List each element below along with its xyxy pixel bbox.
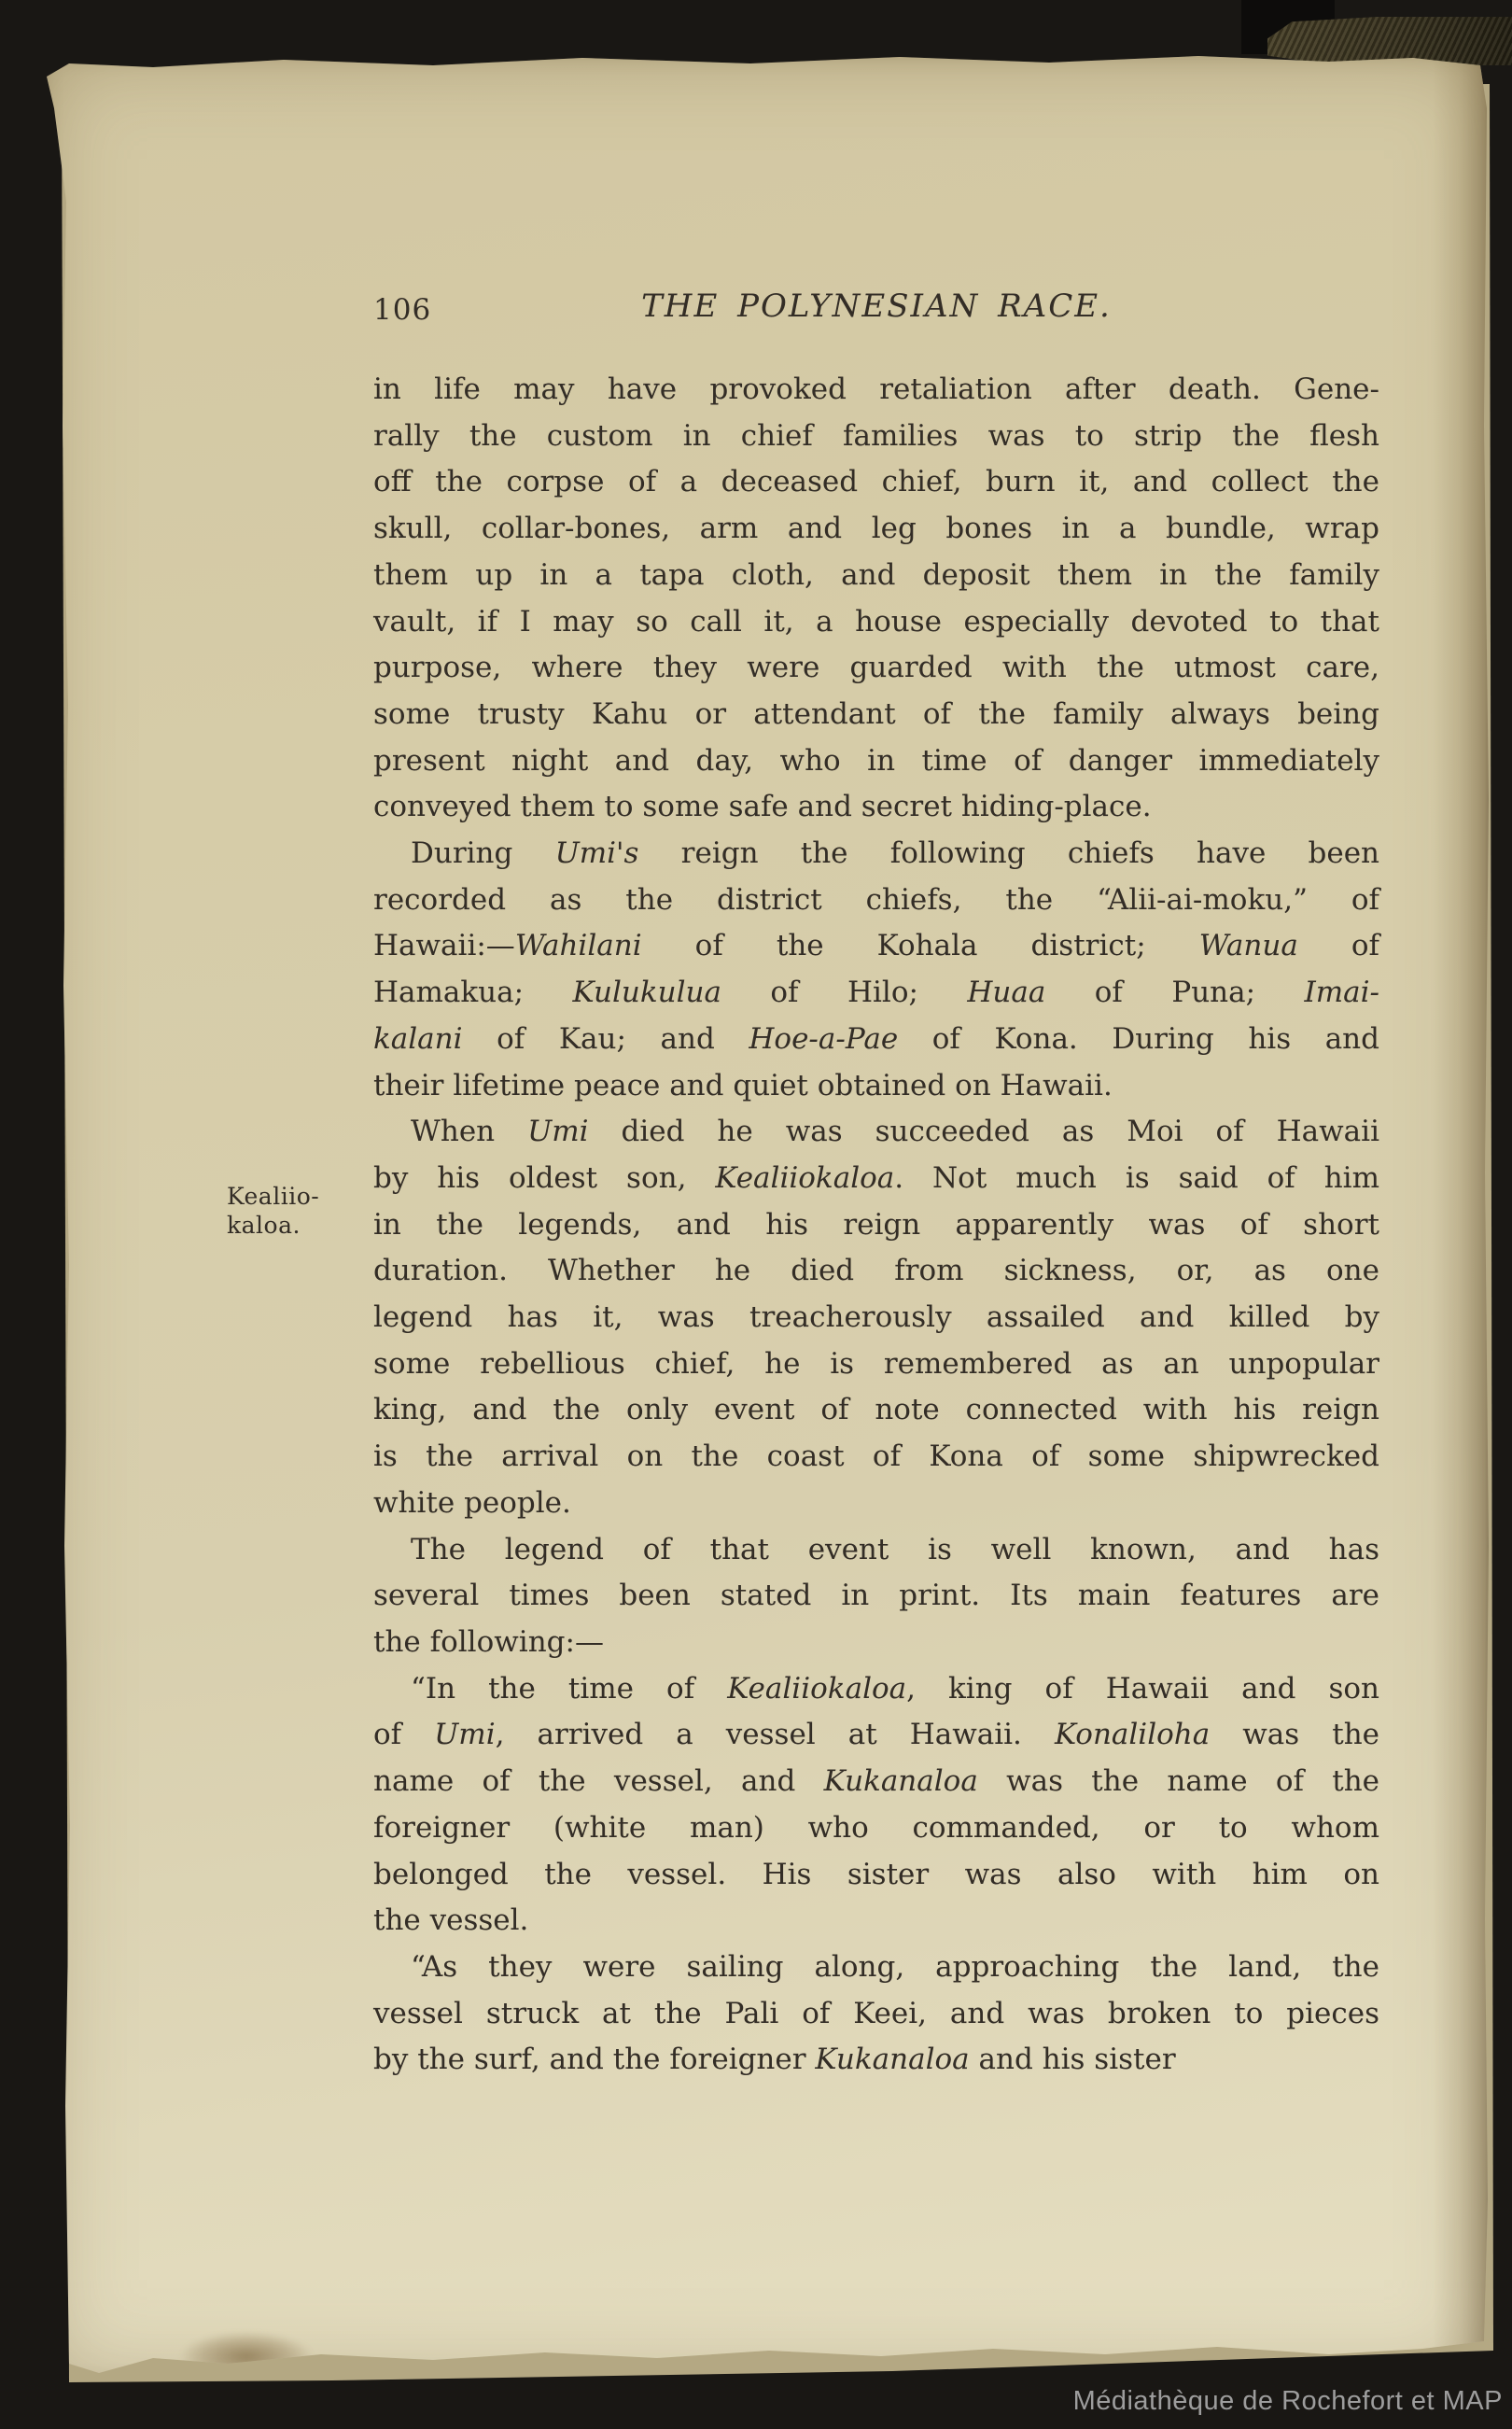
body-line: some rebellious chief, he is remembered … (373, 1341, 1379, 1388)
margin-note-line: kaloa. (227, 1211, 367, 1240)
body-line: them up in a tapa cloth, and deposit the… (373, 553, 1379, 599)
binding-cloth (1267, 17, 1512, 65)
body-line: kalani of Kau; and Hoe-a-Pae of Kona. Du… (373, 1017, 1379, 1063)
margin-note: Kealiio- kaloa. (227, 1182, 367, 1240)
book-page: 106 THE POLYNESIAN RACE. Kealiio- kaloa.… (41, 52, 1491, 2386)
body-line: “As they were sailing along, approaching… (373, 1945, 1379, 1991)
margin-note-line: Kealiio- (227, 1182, 367, 1211)
body-line: white people. (373, 1481, 1379, 1527)
body-line: conveyed them to some safe and secret hi… (373, 784, 1379, 831)
body-line: foreigner (white man) who commanded, or … (373, 1805, 1379, 1852)
scan-background: 106 THE POLYNESIAN RACE. Kealiio- kaloa.… (0, 0, 1512, 2429)
body-line: by the surf, and the foreigner Kukanaloa… (373, 2037, 1379, 2084)
body-line: rally the custom in chief families was t… (373, 414, 1379, 460)
body-line: The legend of that event is well known, … (373, 1527, 1379, 1574)
body-line: king, and the only event of note connect… (373, 1387, 1379, 1434)
body-line: of Umi, arrived a vessel at Hawaii. Kona… (373, 1712, 1379, 1759)
body-line: their lifetime peace and quiet obtained … (373, 1063, 1379, 1110)
body-line: Hawaii:—Wahilani of the Kohala district;… (373, 923, 1379, 970)
body-line: vessel struck at the Pali of Keei, and w… (373, 1991, 1379, 2038)
body-line: belonged the vessel. His sister was also… (373, 1852, 1379, 1899)
body-line: the following:— (373, 1620, 1379, 1666)
body-line: present night and day, who in time of da… (373, 738, 1379, 785)
body-line: duration. Whether he died from sickness,… (373, 1248, 1379, 1295)
running-title: THE POLYNESIAN RACE. (373, 288, 1379, 325)
body-line: vault, if I may so call it, a house espe… (373, 599, 1379, 646)
body-line: Hamakua; Kulukulua of Hilo; Huaa of Puna… (373, 970, 1379, 1017)
fore-edge-shading (1433, 52, 1491, 2386)
body-line: off the corpse of a deceased chief, burn… (373, 459, 1379, 506)
library-watermark: Médiathèque de Rochefort et MAP (1073, 2386, 1503, 2417)
body-line: several times been stated in print. Its … (373, 1573, 1379, 1620)
body-line: recorded as the district chiefs, the “Al… (373, 878, 1379, 924)
page-header: 106 THE POLYNESIAN RACE. (373, 288, 1379, 336)
body-line: by his oldest son, Kealiiokaloa. Not muc… (373, 1156, 1379, 1202)
body-line: in life may have provoked retaliation af… (373, 367, 1379, 414)
body-line: name of the vessel, and Kukanaloa was th… (373, 1759, 1379, 1805)
body-line: skull, collar-bones, arm and leg bones i… (373, 506, 1379, 553)
body-line: When Umi died he was succeeded as Moi of… (373, 1109, 1379, 1156)
body-line: in the legends, and his reign apparently… (373, 1202, 1379, 1249)
body-line: “In the time of Kealiiokaloa, king of Ha… (373, 1666, 1379, 1713)
body-line: purpose, where they were guarded with th… (373, 645, 1379, 692)
body-line: some trusty Kahu or attendant of the fam… (373, 692, 1379, 738)
body-line: the vessel. (373, 1898, 1379, 1945)
body-line: is the arrival on the coast of Kona of s… (373, 1434, 1379, 1481)
body-text: in life may have provoked retaliation af… (373, 367, 1379, 2084)
body-line: legend has it, was treacherously assaile… (373, 1295, 1379, 1341)
body-line: During Umi's reign the following chiefs … (373, 831, 1379, 878)
